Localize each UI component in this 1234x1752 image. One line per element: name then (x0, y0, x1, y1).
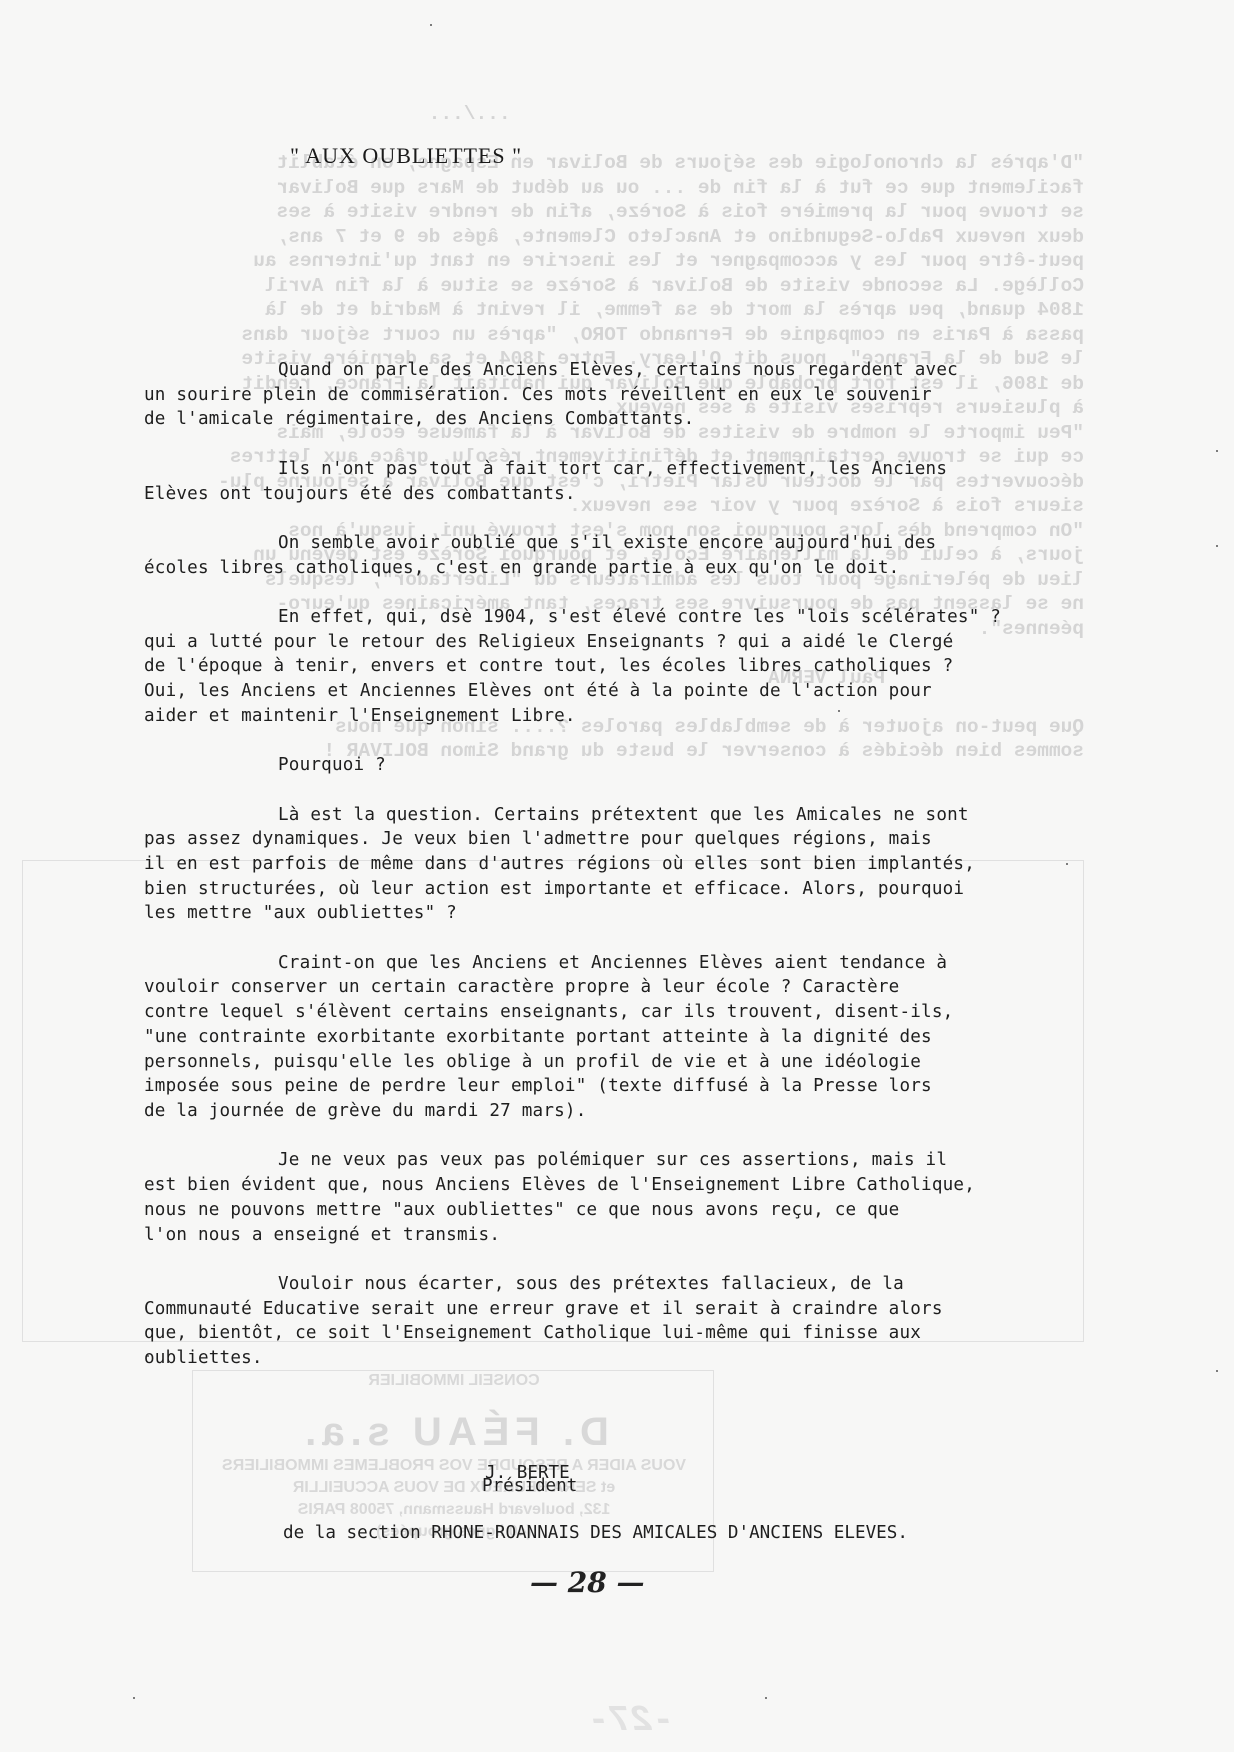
text-line: que, bientôt, ce soit l'Enseignement Cat… (144, 1321, 1084, 1346)
text-line: Oui, les Anciens et Anciennes Elèves ont… (144, 679, 1084, 704)
text-line: écoles libres catholiques, c'est en gran… (144, 556, 1084, 581)
paragraph: En effet, qui, dsè 1904, s'est élevé con… (144, 605, 1084, 729)
paragraph: Quand on parle des Anciens Elèves, certa… (144, 358, 1084, 432)
text-line: vouloir conserver un certain caractère p… (144, 975, 1084, 1000)
text-line: il en est parfois de même dans d'autres … (144, 852, 1084, 877)
text-line: En effet, qui, dsè 1904, s'est élevé con… (144, 605, 1084, 630)
text-line: Quand on parle des Anciens Elèves, certa… (144, 358, 1084, 383)
signature-role: Président (482, 1476, 577, 1496)
text-line: l'on nous a enseigné et transmis. (144, 1223, 1084, 1248)
paragraph: Je ne veux pas veux pas polémiquer sur c… (144, 1148, 1084, 1247)
scan-speck (1216, 450, 1218, 452)
text-line: personnels, puisqu'elle les oblige à un … (144, 1050, 1084, 1075)
paragraph: Craint-on que les Anciens et Anciennes E… (144, 951, 1084, 1124)
text-line: de l'amicale régimentaire, des Anciens C… (144, 407, 1084, 432)
text-line: Je ne veux pas veux pas polémiquer sur c… (144, 1148, 1084, 1173)
text-line: est bien évident que, nous Anciens Elève… (144, 1173, 1084, 1198)
scan-speck (1216, 1370, 1218, 1372)
text-line: de l'époque à tenir, envers et contre to… (144, 654, 1084, 679)
paragraph: Vouloir nous écarter, sous des prétextes… (144, 1272, 1084, 1371)
scan-speck (765, 1697, 767, 1699)
document-title: " AUX OUBLIETTES " (290, 143, 522, 169)
document-body: Quand on parle des Anciens Elèves, certa… (144, 358, 1084, 1395)
text-line: qui a lutté pour le retour des Religieux… (144, 630, 1084, 655)
text-line: contre lequel s'élèvent certains enseign… (144, 1000, 1084, 1025)
text-line: Ils n'ont pas tout à fait tort car, effe… (144, 457, 1084, 482)
text-line: Là est la question. Certains prétextent … (144, 803, 1084, 828)
text-line: Pourquoi ? (144, 753, 1084, 778)
text-line: aider et maintenir l'Enseignement Libre. (144, 704, 1084, 729)
text-line: On semble avoir oublié que s'il existe e… (144, 531, 1084, 556)
text-line: Elèves ont toujours été des combattants. (144, 482, 1084, 507)
scan-speck (1216, 545, 1218, 547)
text-line: bien structurées, où leur action est imp… (144, 877, 1084, 902)
page-number: — 28 — (530, 1566, 644, 1599)
text-line: pas assez dynamiques. Je veux bien l'adm… (144, 827, 1084, 852)
paragraph: Là est la question. Certains prétextent … (144, 803, 1084, 927)
text-line: imposée sous peine de perdre leur emploi… (144, 1074, 1084, 1099)
scan-speck (838, 710, 840, 712)
text-line: "une contrainte exorbitante exorbitante … (144, 1025, 1084, 1050)
text-line: Craint-on que les Anciens et Anciennes E… (144, 951, 1084, 976)
paragraph: Ils n'ont pas tout à fait tort car, effe… (144, 457, 1084, 506)
scan-speck (1066, 863, 1068, 865)
scan-speck (430, 24, 432, 26)
document-page: " AUX OUBLIETTES " Quand on parle des An… (0, 0, 1234, 1752)
paragraph: Pourquoi ? (144, 753, 1084, 778)
text-line: Communauté Educative serait une erreur g… (144, 1297, 1084, 1322)
paragraph: On semble avoir oublié que s'il existe e… (144, 531, 1084, 580)
scan-speck (147, 1355, 149, 1357)
text-line: Vouloir nous écarter, sous des prétextes… (144, 1272, 1084, 1297)
text-line: nous ne pouvons mettre "aux oubliettes" … (144, 1198, 1084, 1223)
scan-speck (133, 1697, 135, 1699)
text-line: les mettre "aux oubliettes" ? (144, 901, 1084, 926)
text-line: un sourire plein de commisération. Ces m… (144, 383, 1084, 408)
text-line: de la journée de grève du mardi 27 mars)… (144, 1099, 1084, 1124)
signature-section: de la section RHONE-ROANNAIS DES AMICALE… (283, 1523, 908, 1543)
text-line: oubliettes. (144, 1346, 1084, 1371)
